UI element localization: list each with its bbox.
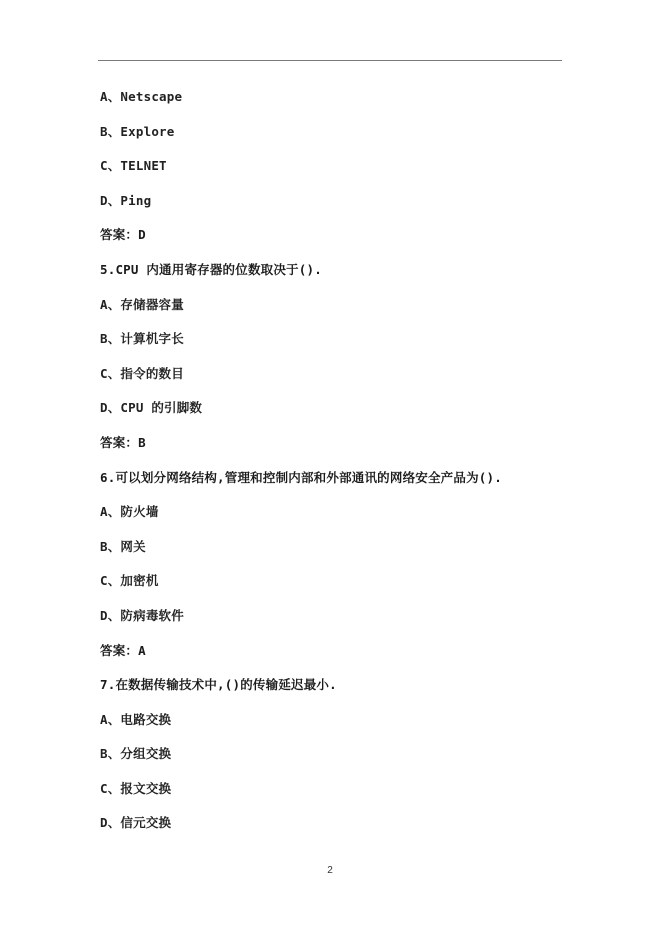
answer-line: 答案：B [100, 434, 570, 469]
page-content: A、Netscape B、Explore C、TELNET D、Ping 答案：… [100, 88, 570, 849]
option-line: D、Ping [100, 192, 570, 227]
option-line: A、防火墙 [100, 503, 570, 538]
option-line: B、计算机字长 [100, 330, 570, 365]
option-line: C、加密机 [100, 572, 570, 607]
option-line: A、电路交换 [100, 711, 570, 746]
option-line: B、分组交换 [100, 745, 570, 780]
option-line: B、网关 [100, 538, 570, 573]
question-line: 6.可以划分网络结构,管理和控制内部和外部通讯的网络安全产品为(). [100, 469, 570, 504]
header-rule [98, 60, 562, 61]
option-line: A、存储器容量 [100, 296, 570, 331]
option-line: A、Netscape [100, 88, 570, 123]
question-line: 7.在数据传输技术中,()的传输延迟最小. [100, 676, 570, 711]
option-line: C、报文交换 [100, 780, 570, 815]
document-page: A、Netscape B、Explore C、TELNET D、Ping 答案：… [0, 0, 660, 933]
answer-line: 答案：A [100, 642, 570, 677]
answer-line: 答案：D [100, 226, 570, 261]
option-line: D、防病毒软件 [100, 607, 570, 642]
option-line: D、信元交换 [100, 814, 570, 849]
page-number: 2 [0, 865, 660, 876]
option-line: C、TELNET [100, 157, 570, 192]
option-line: C、指令的数目 [100, 365, 570, 400]
option-line: D、CPU 的引脚数 [100, 399, 570, 434]
option-line: B、Explore [100, 123, 570, 158]
question-line: 5.CPU 内通用寄存器的位数取决于(). [100, 261, 570, 296]
